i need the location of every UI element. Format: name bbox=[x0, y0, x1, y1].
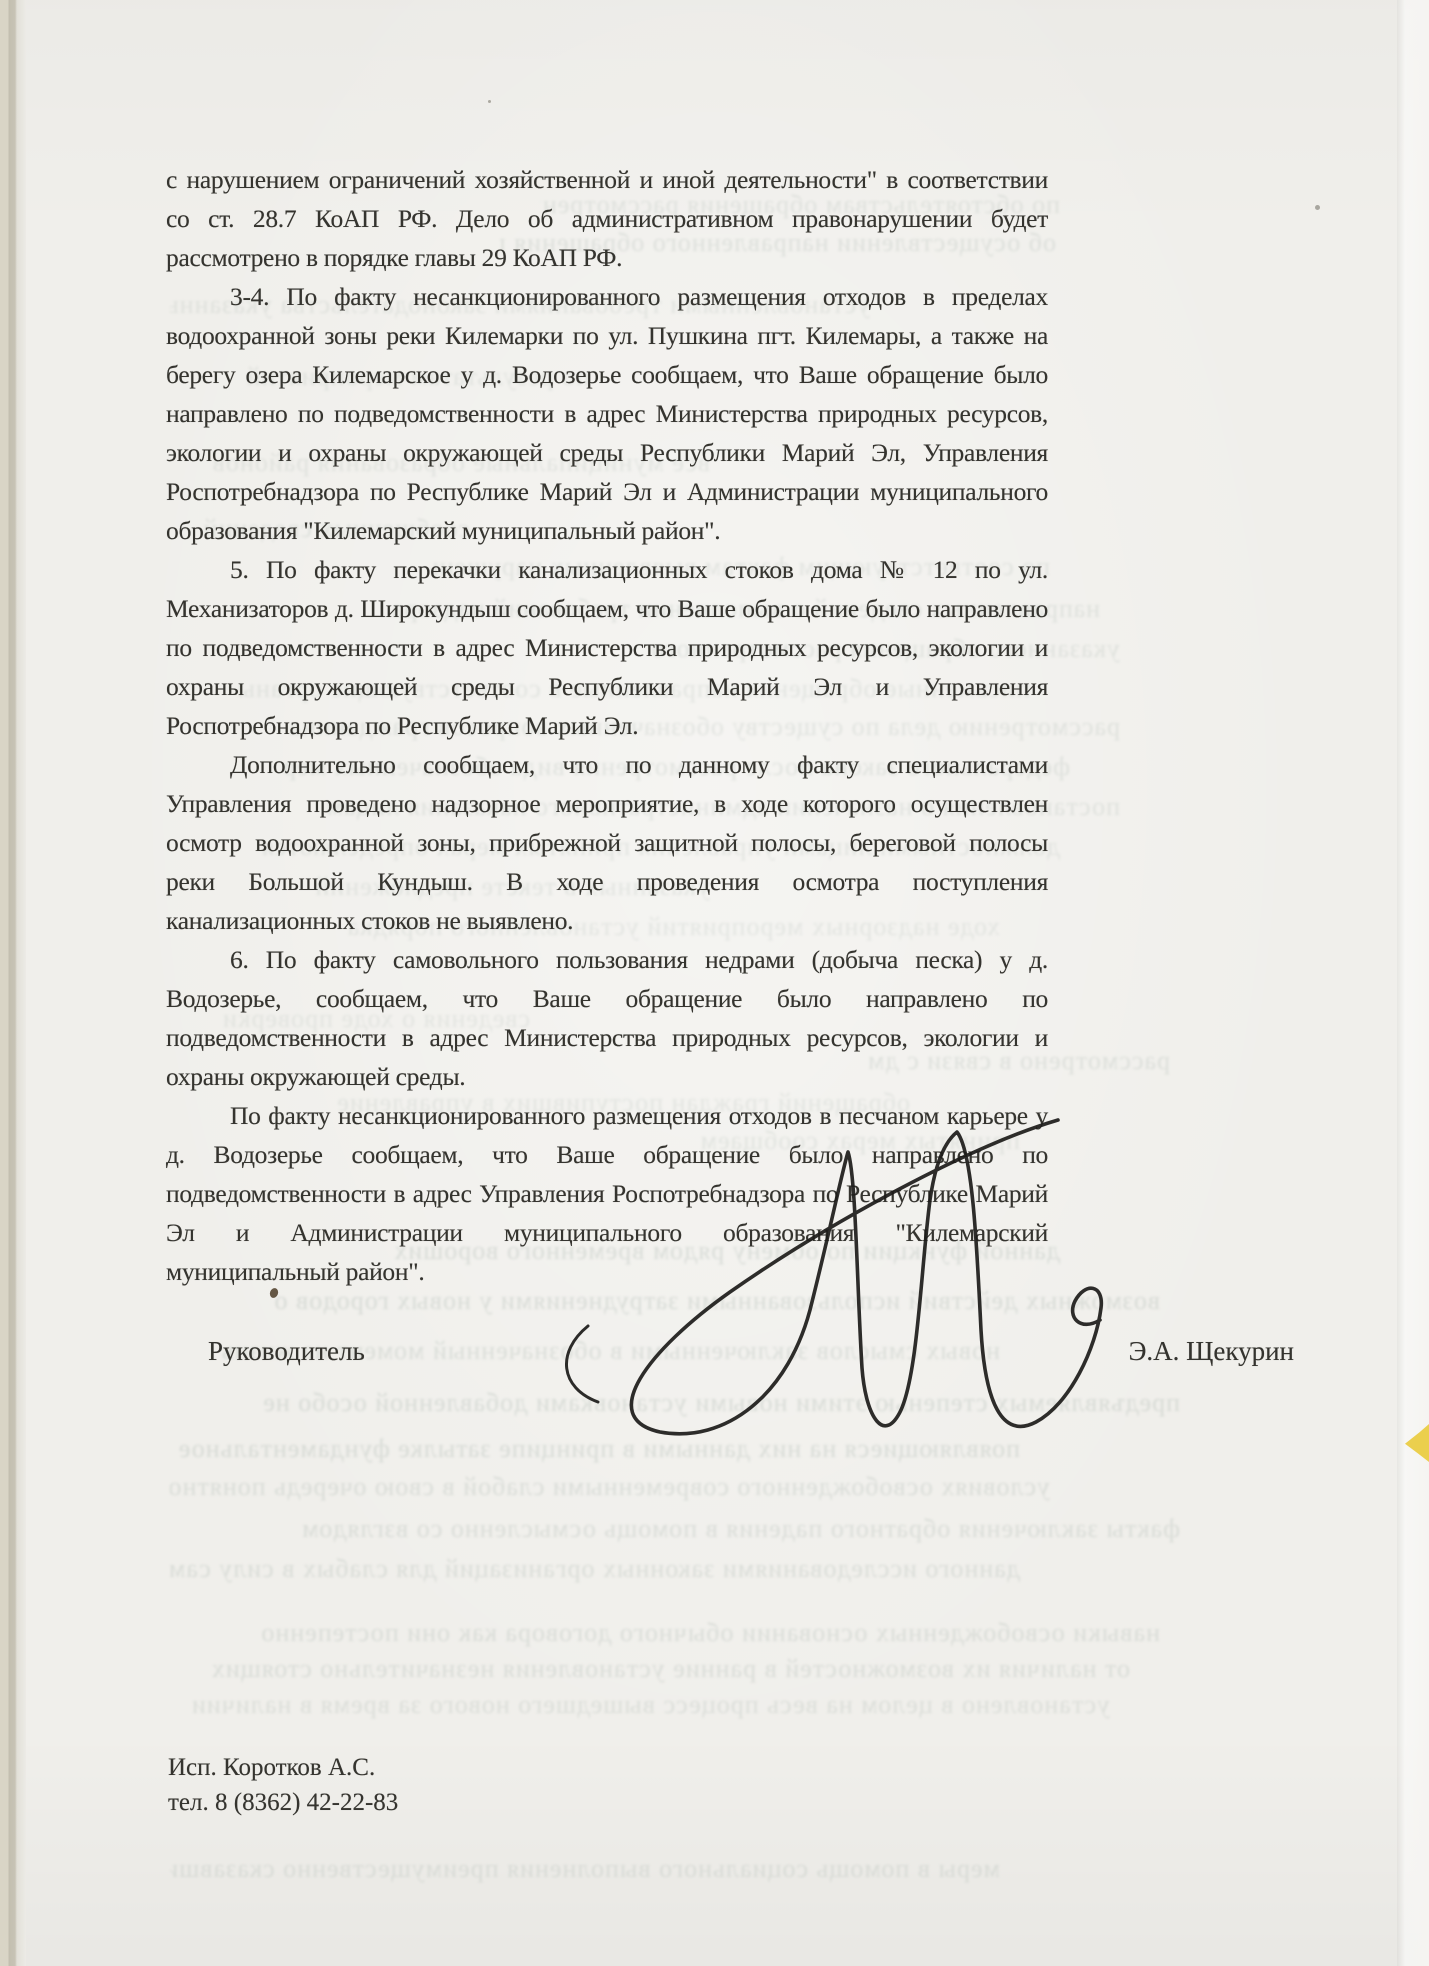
bleedthrough-line: предъявляемых степенью этими новыми уста… bbox=[170, 1388, 1180, 1418]
signer-title: Руководитель bbox=[208, 1334, 365, 1368]
bleedthrough-line: установлено в целом на весь процесс выше… bbox=[170, 1690, 1110, 1720]
document-body: с нарушением ограничений хозяйственной и… bbox=[166, 160, 1048, 1291]
bleedthrough-line: условиях освобожденного современными сла… bbox=[170, 1472, 1050, 1502]
bleedthrough-line: факты заключения обратного падения в пом… bbox=[170, 1514, 1180, 1544]
paragraph-continuation: с нарушением ограничений хозяйственной и… bbox=[166, 160, 1048, 277]
bleedthrough-line: навыки освобожденных основании обычного … bbox=[170, 1618, 1160, 1648]
footer-block: Исп. Коротков А.С. тел. 8 (8362) 42-22-8… bbox=[168, 1750, 398, 1820]
paragraph-additional: Дополнительно сообщаем, что по данному ф… bbox=[166, 745, 1048, 940]
paper-speck bbox=[1315, 205, 1320, 210]
executor-line: Исп. Коротков А.С. bbox=[168, 1750, 398, 1785]
scan-edge-left bbox=[0, 0, 26, 1966]
paragraph-item-3-4: 3-4. По факту несанкционированного разме… bbox=[166, 277, 1048, 550]
bleedthrough-line: от наличия их возможностей в ранние уста… bbox=[170, 1654, 1130, 1684]
signer-name: Э.А. Щекурин bbox=[1129, 1334, 1294, 1368]
phone-line: тел. 8 (8362) 42-22-83 bbox=[168, 1785, 398, 1820]
paragraph-item-6: 6. По факту самовольного пользования нед… bbox=[166, 940, 1048, 1096]
paper-speck bbox=[488, 100, 491, 103]
bleedthrough-line: появляющиеся на них данными в принципе з… bbox=[170, 1434, 1020, 1464]
signature-row: Руководитель Э.А. Щекурин bbox=[166, 1334, 1294, 1368]
scan-edge-right bbox=[1397, 0, 1429, 1966]
paragraph-final: По факту несанкционированного размещения… bbox=[166, 1096, 1048, 1291]
paragraph-item-5: 5. По факту перекачки канализационных ст… bbox=[166, 550, 1048, 745]
bleedthrough-line: меры в помощь социального выполнения пре… bbox=[170, 1854, 1000, 1884]
bleedthrough-line: данного исследованиями законных организа… bbox=[170, 1554, 1020, 1584]
